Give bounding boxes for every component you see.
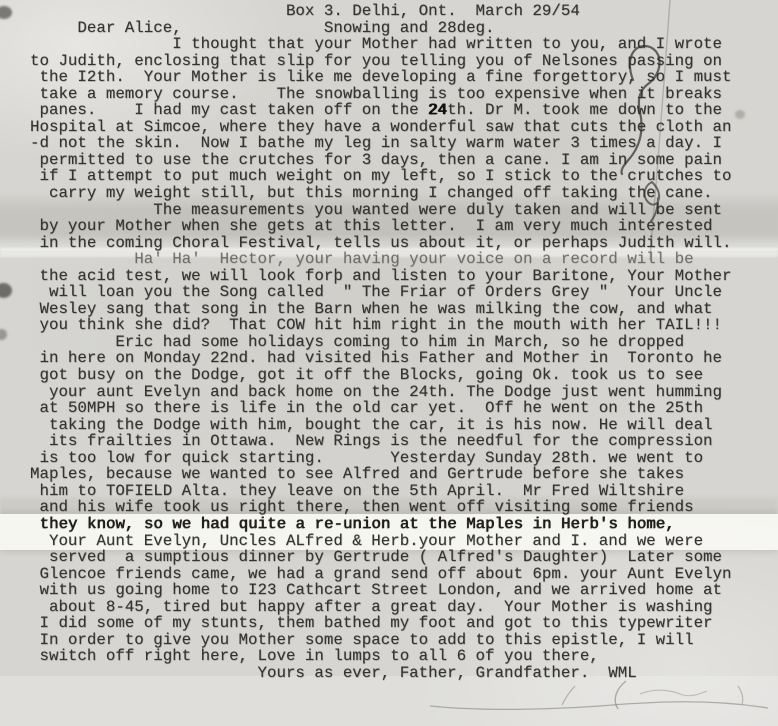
letter-line: will loan you the Song called " The Fria… <box>30 284 778 301</box>
letter-line: its frailties in Ottawa. New Rings is th… <box>30 433 778 450</box>
letter-line: the I2th. Your Mother is like me develop… <box>30 69 778 86</box>
letter-line: the acid test, we will look forþ and lis… <box>30 268 778 285</box>
letter-line: in here on Monday 22nd. had visited his … <box>30 350 778 367</box>
letter-line: at 50MPH so there is life in the old car… <box>30 400 778 417</box>
letter-line: Hospital at Simcoe, where they have a wo… <box>30 119 778 136</box>
letter-line: carry my weight still, but this morning … <box>30 185 778 202</box>
letter-line: you think she did? That COW hit him righ… <box>30 317 778 334</box>
letter-line: served a sumptious dinner by Gertrude ( … <box>30 549 778 566</box>
letter-line: In order to give you Mother some space t… <box>30 632 778 649</box>
letter-line: and his wife took us right there, then w… <box>30 499 778 516</box>
letter-line: to Judith, enclosing that slip for you t… <box>30 53 778 70</box>
pencil-loop-mark <box>615 681 626 709</box>
letter-line: taking the Dodge with him, bought the ca… <box>30 417 778 434</box>
letter-line: panes. I had my cast taken off on the 24… <box>30 102 778 119</box>
letter-line: Box 3. Delhi, Ont. March 29/54 <box>30 3 778 20</box>
letter-line: permitted to use the crutches for 3 days… <box>30 152 778 169</box>
letter-line: I did some of my stunts, them bathed my … <box>30 615 778 632</box>
pencil-flick-mark <box>562 686 575 705</box>
letter-line: if I attempt to put much weight on my le… <box>30 168 778 185</box>
pencil-signature-scrawl <box>430 702 768 710</box>
typewritten-letter: Box 3. Delhi, Ont. March 29/54 Dear Alic… <box>0 0 778 726</box>
letter-line: Ha' Ha' Hector, your having your voice o… <box>30 251 778 268</box>
letter-line: by your Mother when she gets at this let… <box>30 218 778 235</box>
letter-line: switch off right here, Love in lumps to … <box>30 648 778 665</box>
letter-line: him to TOFIELD Alta. they leave on the 5… <box>30 483 778 500</box>
letter-line: with us going home to I23 Cathcart Stree… <box>30 582 778 599</box>
letter-line: Glencoe friends came, we had a grand sen… <box>30 566 778 583</box>
letter-line: take a memory course. The snowballing is… <box>30 86 778 103</box>
ink-smudge <box>735 110 745 119</box>
letter-line: I thought that your Mother had written t… <box>30 36 778 53</box>
paper-bottom-light-area <box>0 676 778 726</box>
letter-line: they know, so we had quite a re-union at… <box>30 516 778 533</box>
overstruck-text: 24 <box>428 101 447 119</box>
letter-line: The measurements you wanted were duly ta… <box>30 202 778 219</box>
letter-body: Box 3. Delhi, Ont. March 29/54 Dear Alic… <box>30 3 778 681</box>
letter-line: Eric had some holidays coming to him in … <box>30 334 778 351</box>
letter-line: Yours as ever, Father, Grandfather. WML <box>30 665 778 682</box>
letter-line: Your Aunt Evelyn, Uncles ALfred & Herb.y… <box>30 533 778 550</box>
letter-text: th. Dr M. took me down to the <box>447 101 722 119</box>
letter-line: Dear Alice, Snowing and 28deg. <box>30 20 778 37</box>
letter-line: is too low for quick starting. Yesterday… <box>30 450 778 467</box>
letter-line: Wesley sang that song in the Barn when h… <box>30 301 778 318</box>
letter-line: got busy on the Dodge, got it off the Bl… <box>30 367 778 384</box>
pencil-tick-mark <box>738 686 743 704</box>
letter-line: about 8-45, tired but happy after a grea… <box>30 599 778 616</box>
letter-line: -d not the skin. Now I bathe my leg in s… <box>30 135 778 152</box>
letter-line: Maples, because we wanted to see Alfred … <box>30 466 778 483</box>
ink-smudge <box>0 329 7 340</box>
letter-line: in the coming Choral Festival, tells us … <box>30 235 778 252</box>
pencil-scrawl-detail <box>640 690 707 695</box>
ink-smudge <box>0 6 12 19</box>
ink-smudge <box>0 283 12 298</box>
letter-text: panes. I had my cast taken off on the <box>30 101 428 119</box>
letter-line: your aunt Evelyn and back home on the 24… <box>30 384 778 401</box>
